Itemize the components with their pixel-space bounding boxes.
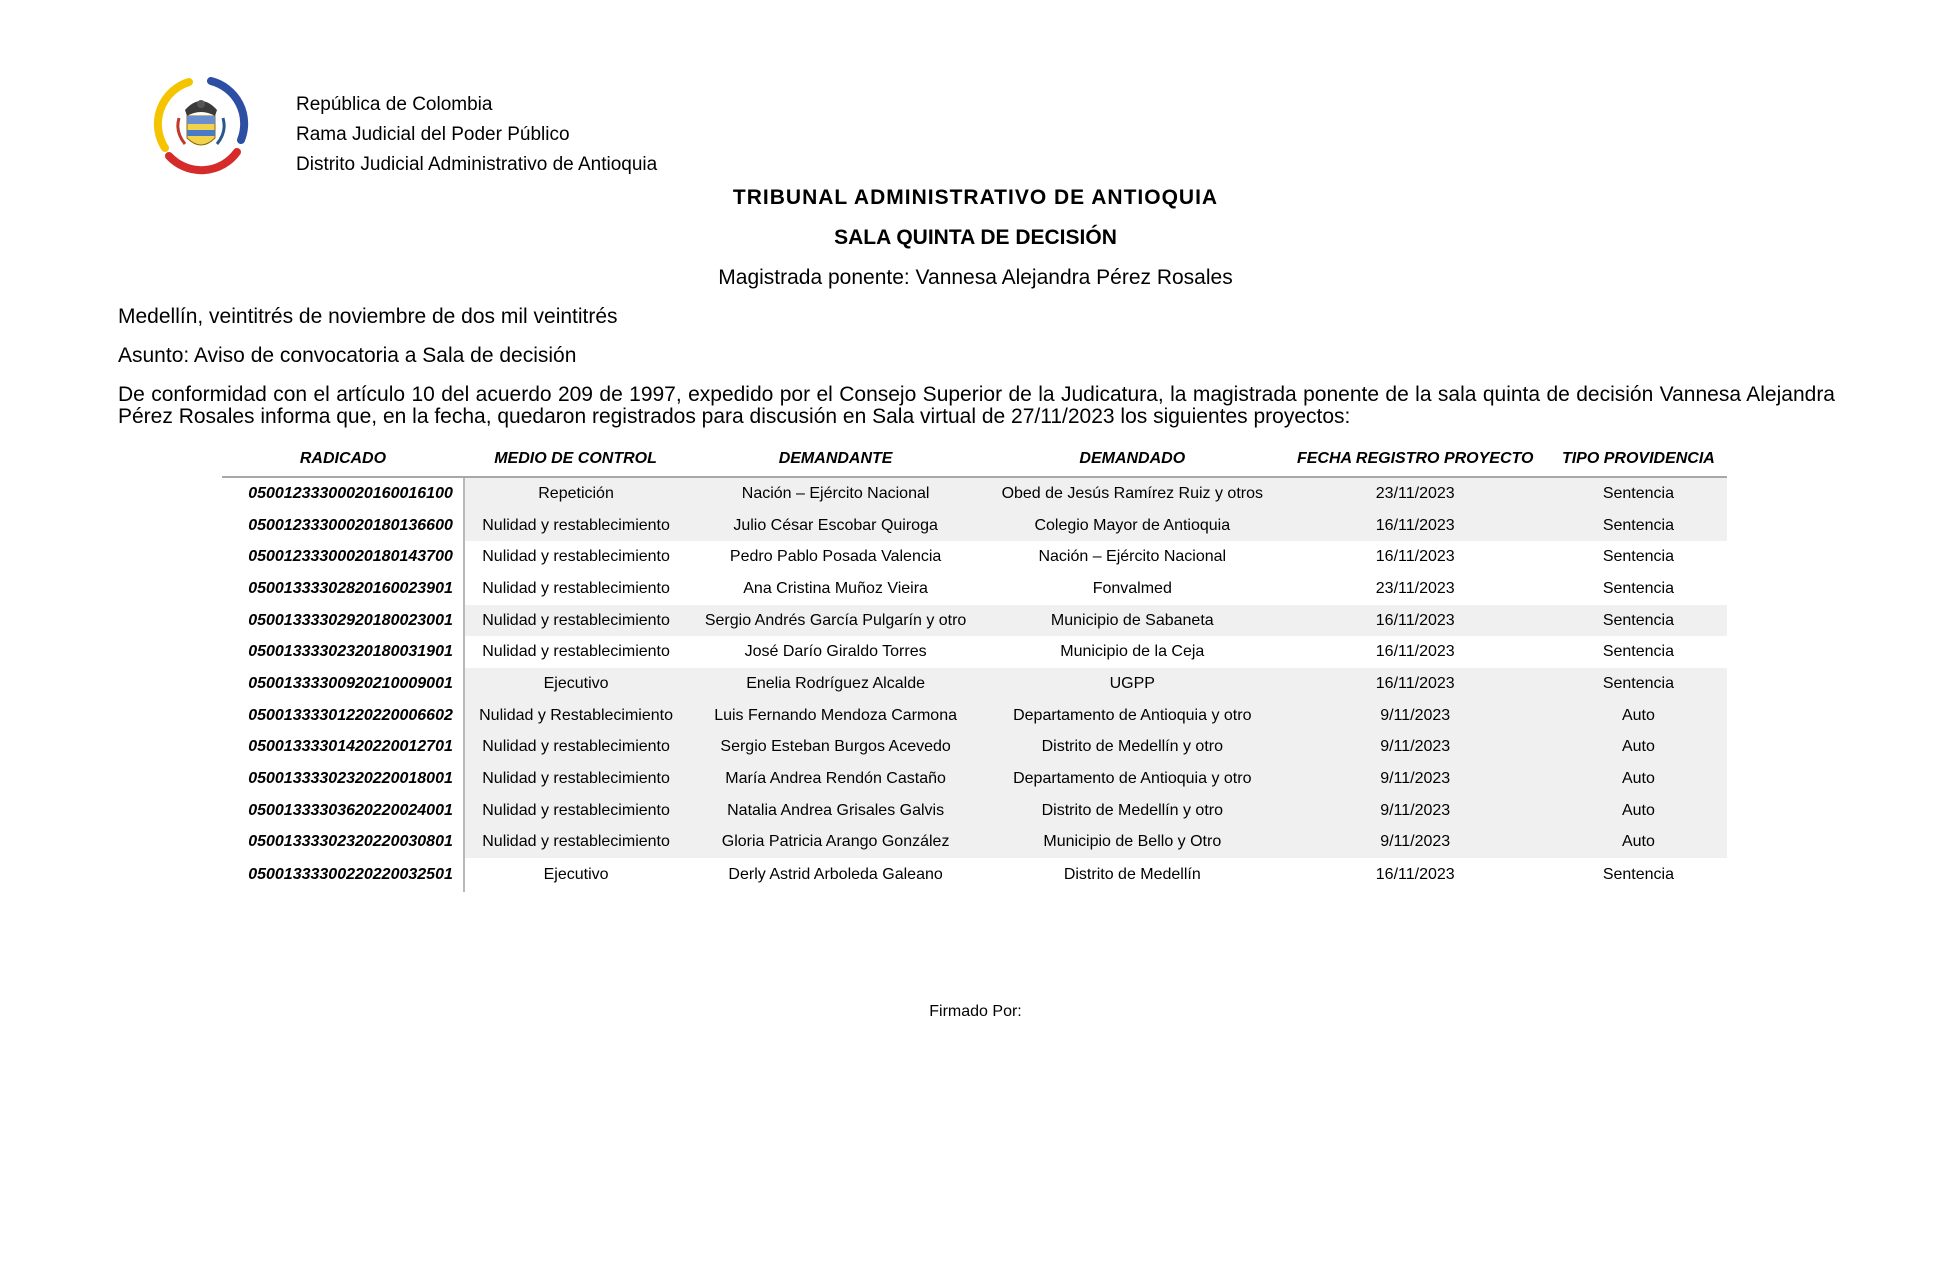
cell-fecha-registro: 9/11/2023 — [1281, 700, 1550, 732]
cell-demandado: Departamento de Antioquia y otro — [984, 763, 1281, 795]
cell-demandado: Municipio de Sabaneta — [984, 605, 1281, 637]
cell-demandante: Enelia Rodríguez Alcalde — [687, 668, 984, 700]
table-row: 05001233300020180143700Nulidad y restabl… — [222, 541, 1727, 573]
cell-radicado: 05001333300920210009001 — [222, 668, 464, 700]
table-row: 05001233300020180136600Nulidad y restabl… — [222, 510, 1727, 542]
cell-radicado: 05001333303620220024001 — [222, 795, 464, 827]
cell-radicado: 05001333301420220012701 — [222, 732, 464, 764]
cell-medio-de-control: Repetición — [464, 477, 687, 510]
cell-medio-de-control: Nulidad y Restablecimiento — [464, 700, 687, 732]
cell-fecha-registro: 16/11/2023 — [1281, 636, 1550, 668]
org-line-country: República de Colombia — [296, 90, 657, 120]
coat-of-arms-icon — [145, 68, 257, 180]
table-row: 05001233300020160016100RepeticiónNación … — [222, 477, 1727, 510]
rama-judicial-logo — [145, 68, 257, 180]
projects-table: RADICADO MEDIO DE CONTROL DEMANDANTE DEM… — [222, 442, 1727, 892]
cell-demandado: Colegio Mayor de Antioquia — [984, 510, 1281, 542]
cell-demandante: Sergio Esteban Burgos Acevedo — [687, 732, 984, 764]
cell-radicado: 05001233300020180136600 — [222, 510, 464, 542]
cell-demandado: UGPP — [984, 668, 1281, 700]
table-row: 05001333302920180023001Nulidad y restabl… — [222, 605, 1727, 637]
cell-demandado: Obed de Jesús Ramírez Ruiz y otros — [984, 477, 1281, 510]
cell-medio-de-control: Nulidad y restablecimiento — [464, 763, 687, 795]
cell-fecha-registro: 16/11/2023 — [1281, 668, 1550, 700]
sala-title: SALA QUINTA DE DECISIÓN — [0, 226, 1951, 250]
cell-tipo-providencia: Sentencia — [1550, 510, 1727, 542]
table-row: 05001333301420220012701Nulidad y restabl… — [222, 732, 1727, 764]
col-demandante: DEMANDANTE — [687, 442, 984, 477]
cell-fecha-registro: 16/11/2023 — [1281, 510, 1550, 542]
table-row: 05001333301220220006602Nulidad y Restabl… — [222, 700, 1727, 732]
cell-radicado: 05001333302320220030801 — [222, 827, 464, 859]
cell-medio-de-control: Nulidad y restablecimiento — [464, 795, 687, 827]
cell-medio-de-control: Nulidad y restablecimiento — [464, 605, 687, 637]
table-header-row: RADICADO MEDIO DE CONTROL DEMANDANTE DEM… — [222, 442, 1727, 477]
cell-demandante: Luis Fernando Mendoza Carmona — [687, 700, 984, 732]
cell-tipo-providencia: Sentencia — [1550, 858, 1727, 892]
tribunal-title: TRIBUNAL ADMINISTRATIVO DE ANTIOQUIA — [0, 186, 1951, 210]
cell-demandante: Sergio Andrés García Pulgarín y otro — [687, 605, 984, 637]
cell-tipo-providencia: Sentencia — [1550, 573, 1727, 605]
cell-tipo-providencia: Sentencia — [1550, 541, 1727, 573]
cell-tipo-providencia: Sentencia — [1550, 668, 1727, 700]
cell-tipo-providencia: Sentencia — [1550, 605, 1727, 637]
cell-radicado: 05001233300020180143700 — [222, 541, 464, 573]
col-demandado: DEMANDADO — [984, 442, 1281, 477]
cell-fecha-registro: 9/11/2023 — [1281, 763, 1550, 795]
cell-demandante: Nación – Ejército Nacional — [687, 477, 984, 510]
cell-radicado: 05001333302320180031901 — [222, 636, 464, 668]
cell-demandado: Distrito de Medellín y otro — [984, 732, 1281, 764]
cell-medio-de-control: Ejecutivo — [464, 668, 687, 700]
organization-header: República de Colombia Rama Judicial del … — [296, 90, 657, 180]
cell-medio-de-control: Nulidad y restablecimiento — [464, 636, 687, 668]
place-date: Medellín, veintitrés de noviembre de dos… — [118, 305, 618, 329]
cell-radicado: 05001333302320220018001 — [222, 763, 464, 795]
cell-radicado: 05001333302820160023901 — [222, 573, 464, 605]
cell-demandado: Municipio de la Ceja — [984, 636, 1281, 668]
signed-by-label: Firmado Por: — [0, 1003, 1951, 1021]
cell-demandante: María Andrea Rendón Castaño — [687, 763, 984, 795]
cell-fecha-registro: 23/11/2023 — [1281, 477, 1550, 510]
subject-line: Asunto: Aviso de convocatoria a Sala de … — [118, 344, 576, 368]
cell-tipo-providencia: Auto — [1550, 827, 1727, 859]
notice-paragraph: De conformidad con el artículo 10 del ac… — [118, 384, 1835, 428]
cell-tipo-providencia: Auto — [1550, 732, 1727, 764]
cell-demandante: José Darío Giraldo Torres — [687, 636, 984, 668]
cell-medio-de-control: Nulidad y restablecimiento — [464, 827, 687, 859]
cell-tipo-providencia: Auto — [1550, 795, 1727, 827]
table-row: 05001333302320220018001Nulidad y restabl… — [222, 763, 1727, 795]
cell-medio-de-control: Nulidad y restablecimiento — [464, 732, 687, 764]
cell-demandante: Derly Astrid Arboleda Galeano — [687, 858, 984, 892]
table-row: 05001333303620220024001Nulidad y restabl… — [222, 795, 1727, 827]
cell-medio-de-control: Nulidad y restablecimiento — [464, 510, 687, 542]
col-radicado: RADICADO — [222, 442, 464, 477]
cell-demandado: Distrito de Medellín y otro — [984, 795, 1281, 827]
cell-tipo-providencia: Auto — [1550, 700, 1727, 732]
cell-fecha-registro: 16/11/2023 — [1281, 605, 1550, 637]
cell-radicado: 05001233300020160016100 — [222, 477, 464, 510]
table-row: 05001333302320220030801Nulidad y restabl… — [222, 827, 1727, 859]
cell-radicado: 05001333300220220032501 — [222, 858, 464, 892]
col-fecha-registro: FECHA REGISTRO PROYECTO — [1281, 442, 1550, 477]
cell-demandado: Fonvalmed — [984, 573, 1281, 605]
cell-radicado: 05001333301220220006602 — [222, 700, 464, 732]
cell-fecha-registro: 16/11/2023 — [1281, 541, 1550, 573]
cell-fecha-registro: 9/11/2023 — [1281, 795, 1550, 827]
col-tipo-providencia: TIPO PROVIDENCIA — [1550, 442, 1727, 477]
cell-demandado: Nación – Ejército Nacional — [984, 541, 1281, 573]
cell-tipo-providencia: Auto — [1550, 763, 1727, 795]
table-row: 05001333302320180031901Nulidad y restabl… — [222, 636, 1727, 668]
cell-fecha-registro: 9/11/2023 — [1281, 827, 1550, 859]
table-row: 05001333300220220032501EjecutivoDerly As… — [222, 858, 1727, 892]
cell-demandante: Ana Cristina Muñoz Vieira — [687, 573, 984, 605]
cell-fecha-registro: 16/11/2023 — [1281, 858, 1550, 892]
magistrada-line: Magistrada ponente: Vannesa Alejandra Pé… — [0, 266, 1951, 290]
table-body: 05001233300020160016100RepeticiónNación … — [222, 477, 1727, 892]
cell-demandado: Municipio de Bello y Otro — [984, 827, 1281, 859]
cell-demandante: Pedro Pablo Posada Valencia — [687, 541, 984, 573]
org-line-district: Distrito Judicial Administrativo de Anti… — [296, 150, 657, 180]
cell-tipo-providencia: Sentencia — [1550, 636, 1727, 668]
cell-demandante: Julio César Escobar Quiroga — [687, 510, 984, 542]
cell-demandante: Natalia Andrea Grisales Galvis — [687, 795, 984, 827]
table-row: 05001333300920210009001EjecutivoEnelia R… — [222, 668, 1727, 700]
cell-medio-de-control: Nulidad y restablecimiento — [464, 573, 687, 605]
cell-fecha-registro: 9/11/2023 — [1281, 732, 1550, 764]
col-medio-de-control: MEDIO DE CONTROL — [464, 442, 687, 477]
cell-medio-de-control: Nulidad y restablecimiento — [464, 541, 687, 573]
cell-fecha-registro: 23/11/2023 — [1281, 573, 1550, 605]
cell-radicado: 05001333302920180023001 — [222, 605, 464, 637]
cell-tipo-providencia: Sentencia — [1550, 477, 1727, 510]
table-row: 05001333302820160023901Nulidad y restabl… — [222, 573, 1727, 605]
cell-demandado: Distrito de Medellín — [984, 858, 1281, 892]
cell-demandante: Gloria Patricia Arango González — [687, 827, 984, 859]
cell-demandado: Departamento de Antioquia y otro — [984, 700, 1281, 732]
cell-medio-de-control: Ejecutivo — [464, 858, 687, 892]
org-line-branch: Rama Judicial del Poder Público — [296, 120, 657, 150]
